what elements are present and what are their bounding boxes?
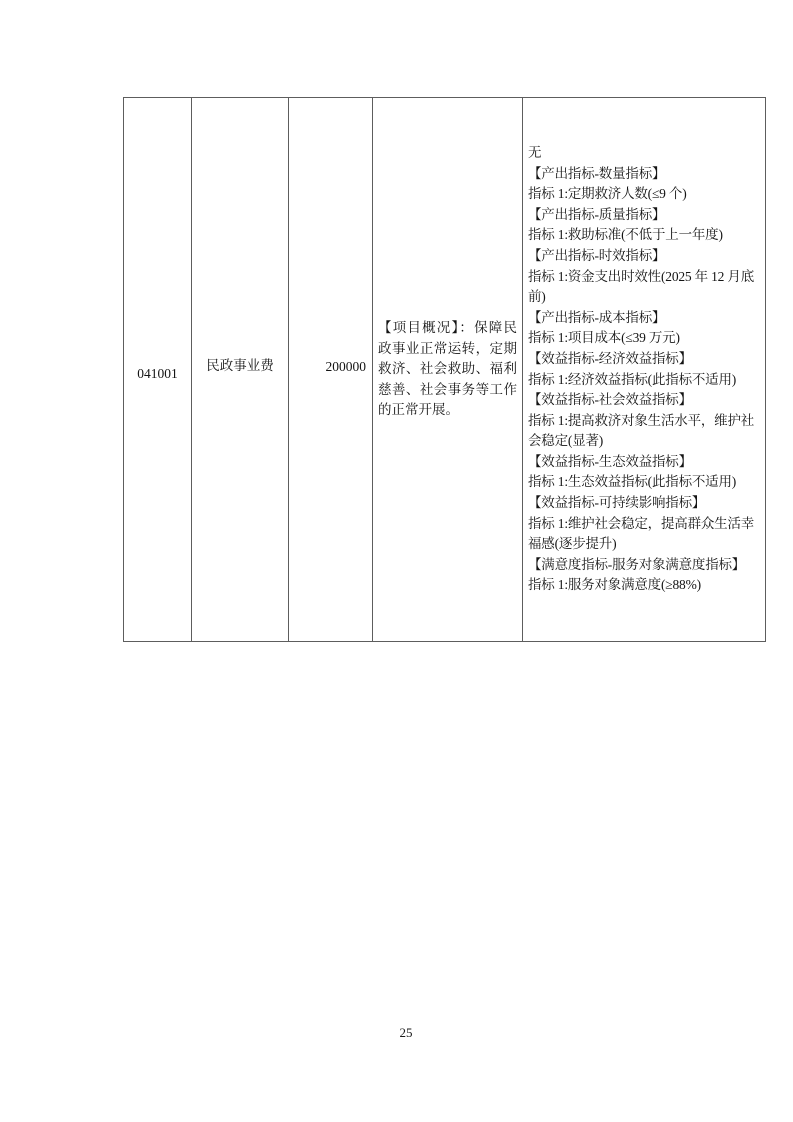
text-line: 会稳定(显著)	[528, 431, 760, 452]
project-name-cell: 民政事业费	[192, 98, 289, 641]
text-line: 【效益指标-生态效益指标】	[528, 452, 760, 473]
text-line: 【产出指标-数量指标】	[528, 164, 760, 185]
text-line: 【项目概况】：保障民	[378, 318, 517, 339]
text-line: 指标 1:经济效益指标(此指标不适用)	[528, 370, 760, 391]
text-line: 指标 1:维护社会稳定，提高群众生活幸	[528, 514, 760, 535]
project-budget-table: 041001 民政事业费 200000 【项目概况】：保障民政事业正常运转，定期…	[123, 97, 766, 642]
text-line: 【效益指标-社会效益指标】	[528, 390, 760, 411]
text-line: 慈善、社会事务等工作	[378, 380, 517, 401]
text-line: 指标 1:项目成本(≤39 万元)	[528, 328, 760, 349]
text-line: 指标 1:服务对象满意度(≥88%)	[528, 575, 760, 596]
text-line: 救济、社会救助、福利	[378, 359, 517, 380]
text-line: 的正常开展。	[378, 400, 517, 421]
text-line: 【效益指标-可持续影响指标】	[528, 493, 760, 514]
text-line: 前)	[528, 287, 760, 308]
text-line: 指标 1:提高救济对象生活水平，维护社	[528, 411, 760, 432]
text-line: 【产出指标-时效指标】	[528, 246, 760, 267]
text-line: 指标 1:生态效益指标(此指标不适用)	[528, 472, 760, 493]
text-line: 无	[528, 143, 760, 164]
project-overview-cell: 【项目概况】：保障民政事业正常运转，定期救济、社会救助、福利慈善、社会事务等工作…	[373, 98, 523, 641]
text-line: 福感(逐步提升)	[528, 534, 760, 555]
text-line: 指标 1:救助标准(不低于上一年度)	[528, 225, 760, 246]
document-page: 041001 民政事业费 200000 【项目概况】：保障民政事业正常运转，定期…	[0, 0, 793, 1122]
project-code: 041001	[137, 364, 178, 385]
text-line: 指标 1:资金支出时效性(2025 年 12 月底	[528, 267, 760, 288]
text-line: 【产出指标-质量指标】	[528, 205, 760, 226]
budget-amount: 200000	[326, 357, 367, 378]
performance-indicators-cell: 无【产出指标-数量指标】指标 1:定期救济人数(≤9 个)【产出指标-质量指标】…	[523, 98, 765, 641]
text-line: 政事业正常运转，定期	[378, 339, 517, 360]
text-line: 【产出指标-成本指标】	[528, 308, 760, 329]
budget-amount-cell: 200000	[289, 98, 373, 641]
project-name: 民政事业费	[206, 356, 274, 377]
text-line: 【效益指标-经济效益指标】	[528, 349, 760, 370]
page-number: 25	[0, 1025, 793, 1041]
text-line: 指标 1:定期救济人数(≤9 个)	[528, 184, 760, 205]
project-code-cell: 041001	[124, 98, 192, 641]
text-line: 【满意度指标-服务对象满意度指标】	[528, 555, 760, 576]
